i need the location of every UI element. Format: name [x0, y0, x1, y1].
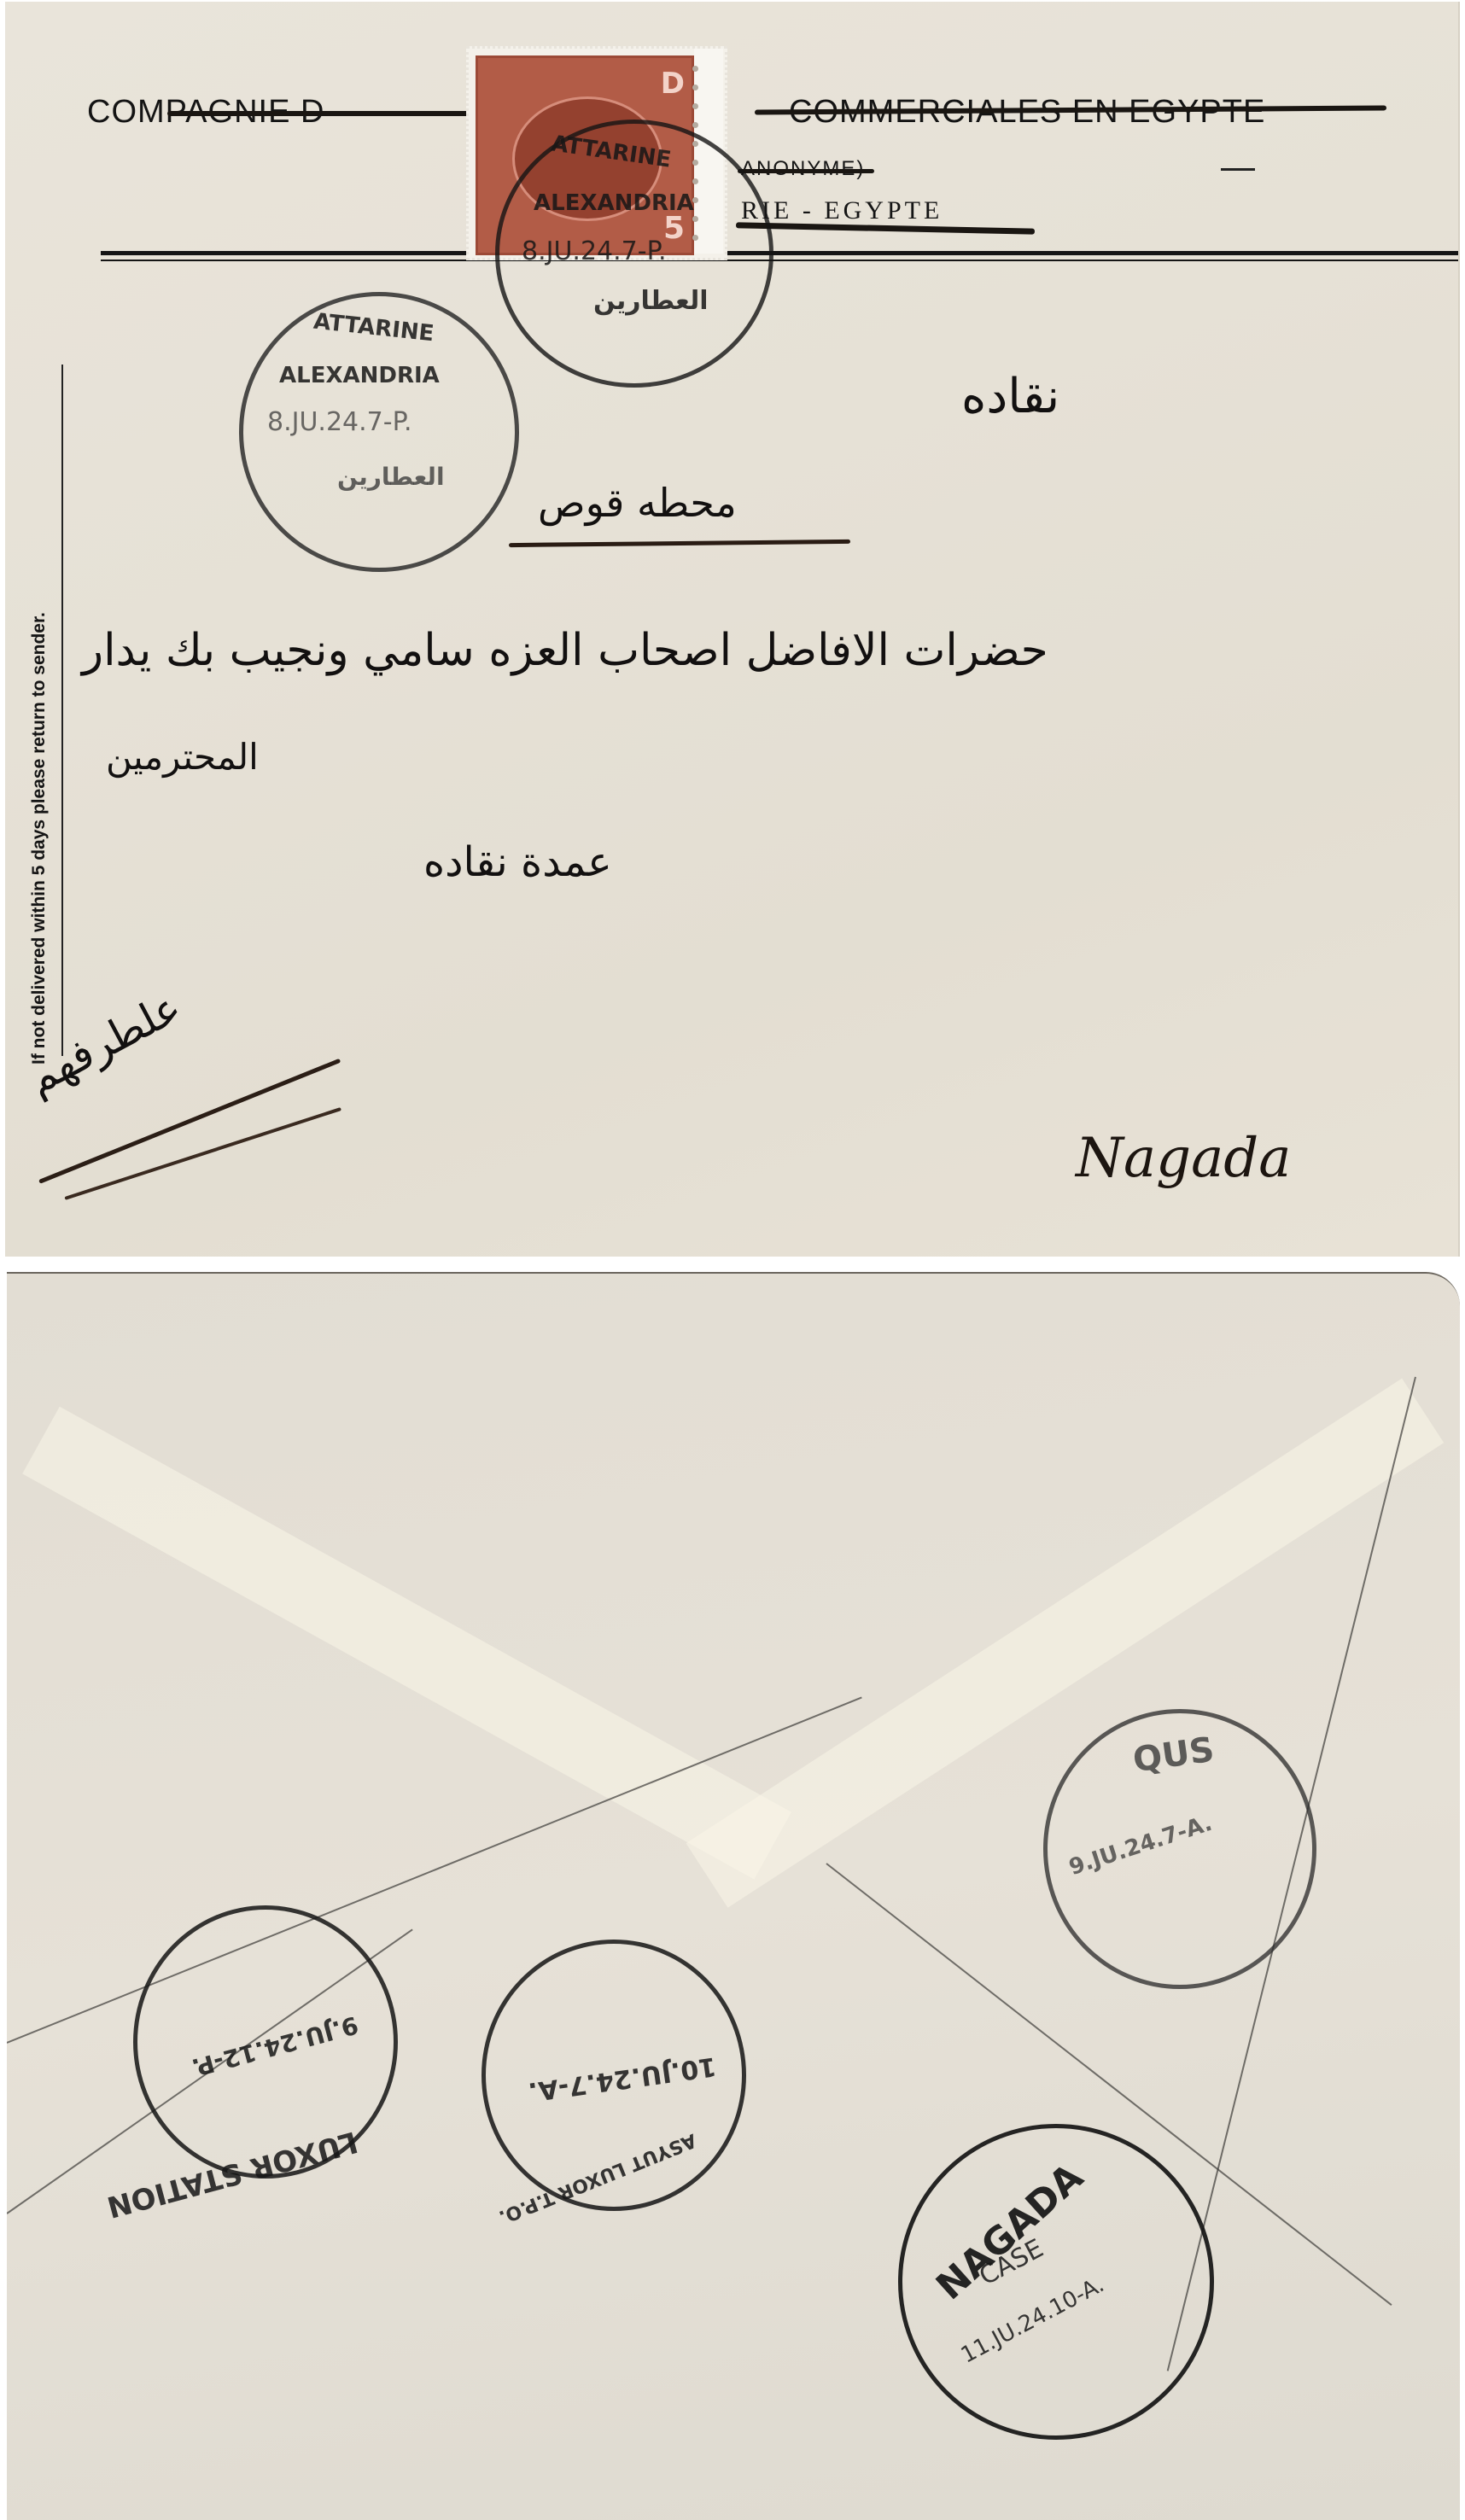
- dash-mark: [1221, 168, 1255, 171]
- postmark-attarine-alexandria: ATTARINE ALEXANDRIA 8.JU.24.7-P. العطاري…: [239, 292, 519, 572]
- letterhead-city: RIE - EGYPTE: [741, 196, 943, 225]
- envelope-front: COMPAGNIE D COMMERCIALES EN EGYPTE ANONY…: [5, 2, 1460, 1257]
- letterhead-rule: [101, 251, 1458, 255]
- postmark-qus: QUS 9.JU.24.7-A.: [1043, 1709, 1316, 1989]
- postmark-luxor-station: LUXOR STATION 9.JU.24.12-P.: [133, 1905, 398, 2179]
- notice-rule: [61, 365, 63, 1056]
- return-to-sender-notice: If not delivered within 5 days please re…: [29, 612, 50, 1065]
- addressee-line2: المحترمين: [106, 736, 259, 778]
- stamp-corner-letter: D: [661, 67, 685, 101]
- envelope-back: QUS 9.JU.24.7-A. NAGADA CASE 11.JU.24.10…: [7, 1272, 1460, 2520]
- destination-arabic: نقاده: [961, 369, 1059, 424]
- letterhead-rule: [101, 260, 1458, 261]
- postmark-asyut-luxor-tpo: ASYUT LUXOR T.P.O. 10.JU.24.7-A.: [482, 1940, 746, 2211]
- postmark-attarine-stamp: ATTARINE ALEXANDRIA 8.JU.24.7-P. العطاري…: [495, 120, 773, 388]
- strike-line: [167, 111, 475, 116]
- postmark-nagada: NAGADA CASE 11.JU.24.10-A.: [898, 2124, 1214, 2440]
- mayor-arabic: عمدة نقاده: [423, 838, 612, 886]
- destination-latin: Nagada: [1076, 1127, 1291, 1190]
- addressee-line1: حضرات الافاضل اصحاب العزه سامي ونجيب بك …: [82, 625, 1048, 676]
- strike-line: [738, 169, 874, 173]
- underline: [509, 540, 850, 547]
- flap-band: [22, 1407, 791, 1880]
- station-arabic: محطه قوص: [538, 480, 737, 526]
